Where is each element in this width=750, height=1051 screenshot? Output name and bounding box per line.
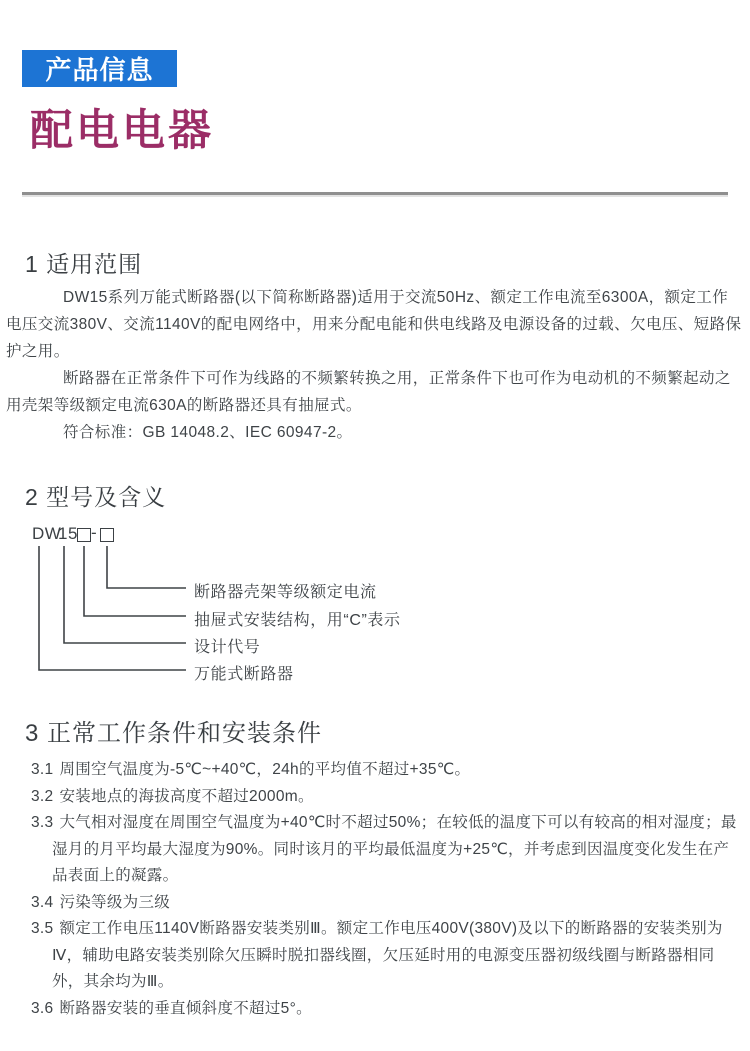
condition-number: 3.5 [31,920,53,937]
section3-heading: 3 正常工作条件和安装条件 [25,713,322,748]
condition-item: 3.5额定工作电压1140V断路器安装类别Ⅲ。额定工作电压400V(380V)及… [31,916,743,996]
condition-item: 3.1周围空气温度为-5℃~+40℃，24h的平均值不超过+35℃。 [31,757,743,784]
product-info-page: 产品信息 配电电器 1 适用范围 DW15系列万能式断路器(以下简称断路器)适用… [0,0,750,1051]
condition-item: 3.2安装地点的海拔高度不超过2000m。 [31,784,743,811]
condition-text: 断路器安装的垂直倾斜度不超过5°。 [59,1000,311,1017]
paragraph-scope-2: 断路器在正常条件下可作为线路的不频繁转换之用，正常条件下也可作为电动机的不频繁起… [6,365,743,419]
model-label-universal-type: 万能式断路器 [194,661,294,684]
section1-body: DW15系列万能式断路器(以下简称断路器)适用于交流50Hz、额定工作电流至63… [6,284,743,446]
condition-text: 额定工作电压1140V断路器安装类别Ⅲ。额定工作电压400V(380V)及以下的… [52,920,723,990]
condition-number: 3.2 [31,788,53,805]
condition-number: 3.1 [31,761,53,778]
condition-text: 周围空气温度为-5℃~+40℃，24h的平均值不超过+35℃。 [59,761,470,778]
model-diagram: DW 15 - 断路器壳架等级额定电流 抽屉式安装结构，用“C”表示 设计代号 … [0,520,750,695]
condition-number: 3.4 [31,894,53,911]
model-label-frame-current: 断路器壳架等级额定电流 [194,579,377,602]
condition-text: 大气相对湿度在周围空气温度为+40℃时不超过50%；在较低的温度下可以有较高的相… [52,814,737,884]
condition-item: 3.4污染等级为三级 [31,890,743,917]
section1-heading: 1 适用范围 [25,246,142,279]
model-label-design-code: 设计代号 [194,634,260,657]
paragraph-standards: 符合标准：GB 14048.2、IEC 60947-2。 [6,419,743,446]
divider [22,192,728,197]
product-info-badge: 产品信息 [22,50,177,87]
model-label-drawer-type: 抽屉式安装结构，用“C”表示 [194,607,401,630]
condition-item: 3.6断路器安装的垂直倾斜度不超过5°。 [31,996,743,1023]
condition-text: 安装地点的海拔高度不超过2000m。 [59,788,313,805]
condition-item: 3.3大气相对湿度在周围空气温度为+40℃时不超过50%；在较低的温度下可以有较… [31,810,743,890]
badge-label: 产品信息 [45,50,153,87]
page-title: 配电电器 [30,106,214,158]
condition-text: 污染等级为三级 [59,894,170,911]
condition-number: 3.3 [31,814,53,831]
condition-number: 3.6 [31,1000,53,1017]
section2-heading: 2 型号及含义 [25,479,166,512]
conditions-list: 3.1周围空气温度为-5℃~+40℃，24h的平均值不超过+35℃。 3.2安装… [31,757,743,1022]
paragraph-scope-1: DW15系列万能式断路器(以下简称断路器)适用于交流50Hz、额定工作电流至63… [6,284,743,365]
